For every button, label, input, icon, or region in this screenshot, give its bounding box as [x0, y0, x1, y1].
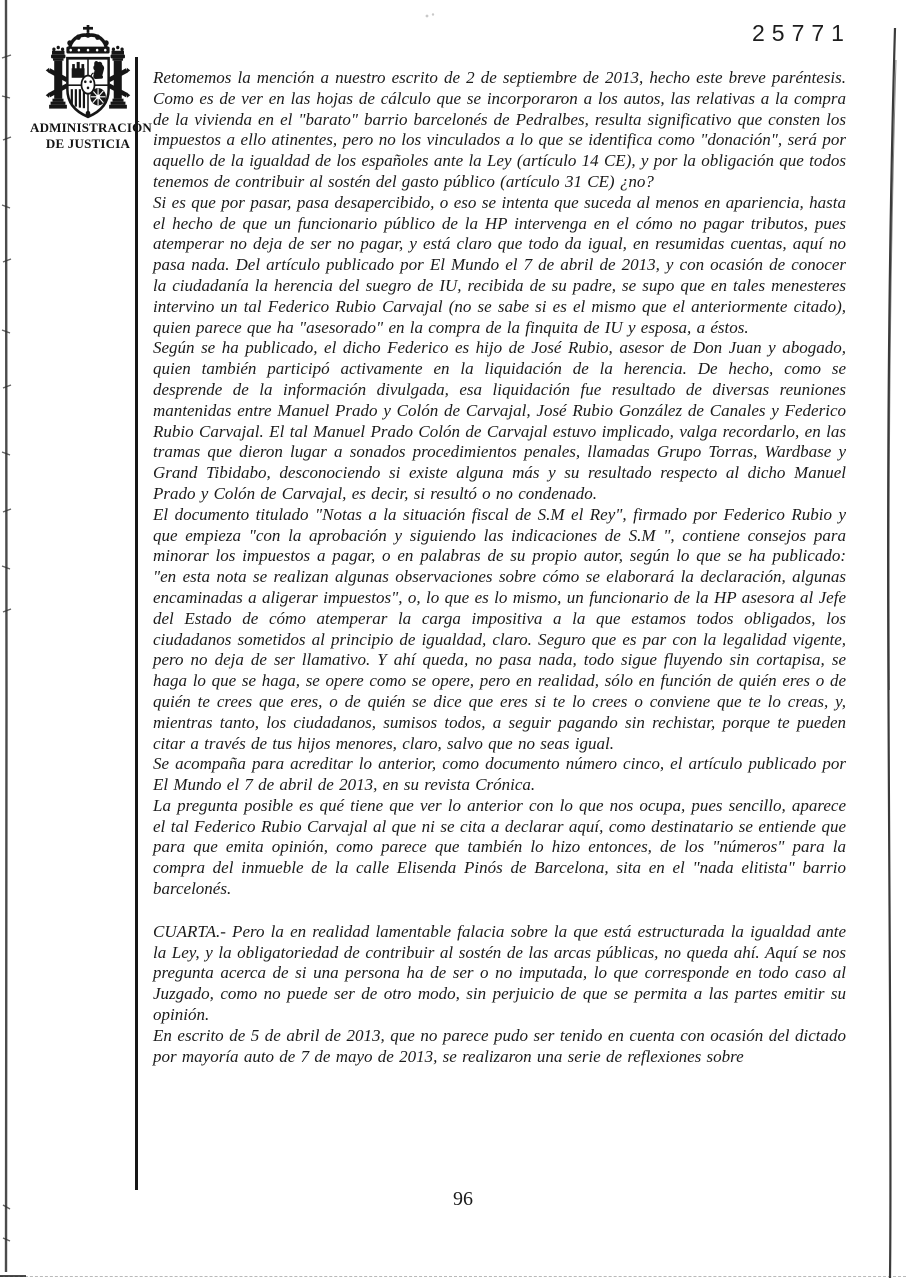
letterhead-org-line2: DE JUSTICIA [30, 136, 146, 152]
scan-bottom-line-dark [0, 1275, 26, 1277]
folio-number: 25771 [752, 20, 882, 47]
page-number: 96 [0, 1188, 906, 1211]
paragraph-6: La pregunta posible es qué tiene que ver… [153, 796, 846, 900]
scan-bottom-line [0, 1276, 906, 1277]
margin-rule [135, 57, 138, 1190]
paragraph-5: Se acompaña para acreditar lo anterior, … [153, 754, 846, 796]
paragraph-8: En escrito de 5 de abril de 2013, que no… [153, 1026, 846, 1068]
paragraph-3: Según se ha publicado, el dicho Federico… [153, 338, 846, 504]
paragraph-4: El documento titulado "Notas a la situac… [153, 505, 846, 755]
paragraph-2: Si es que por pasar, pasa desapercibido,… [153, 193, 846, 339]
letterhead: ADMINISTRACIÓN DE JUSTICIA [30, 25, 146, 151]
document-body: Retomemos la mención a nuestro escrito d… [153, 68, 846, 1067]
coat-of-arms-icon [40, 25, 136, 120]
paragraph-7-cuarta: CUARTA.- Pero la en realidad lamentable … [153, 922, 846, 1026]
scanned-document-page: 25771 [0, 0, 906, 1280]
paragraph-1: Retomemos la mención a nuestro escrito d… [153, 68, 846, 193]
letterhead-org-line1: ADMINISTRACIÓN [30, 120, 146, 136]
